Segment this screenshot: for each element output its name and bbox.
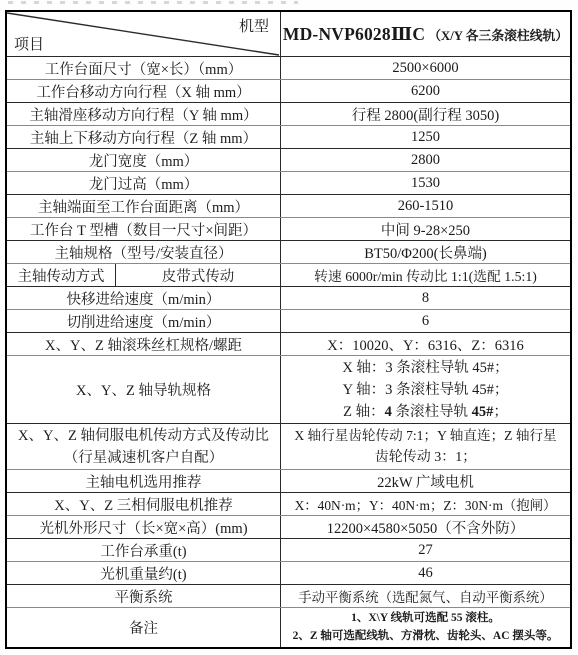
spec-row-cutting-feed: 切削进给速度（m/min） 6: [7, 309, 570, 332]
spec-label: 主轴端面至工作台面距离（mm）: [7, 195, 281, 217]
spec-row-table-load: 工作台承重(t) 27: [7, 538, 570, 561]
spec-value: X：40N·m；Y：40N·m；Z：30N·m（抱闸）: [281, 493, 570, 515]
spec-value: 22kW 广域电机: [281, 470, 570, 492]
spec-row-t-slots: 工作台 T 型槽（数目一尺寸×间距） 中间 9-28×250: [7, 217, 570, 240]
header-corner-cell: 机型 项目: [7, 12, 281, 56]
rail-line-x: X 轴：3 条滚柱导轨 45#；: [342, 357, 508, 379]
spec-label: X、Y、Z 轴滚珠丝杠规格/螺距: [7, 333, 281, 355]
spec-sheet-page: 机型 项目 MD-NVP6028ⅢC （X/Y 各三条滚柱线轨） 工作台面尺寸（…: [0, 0, 578, 655]
cropped-text-artifact: [0, 0, 578, 8]
model-name: MD-NVP6028ⅢC: [283, 24, 425, 45]
spec-row-servo-drive: X、Y、Z 轴伺服电机传动方式及传动比 （行星减速机客户自配） X 轴行星齿轮传…: [7, 423, 570, 469]
spec-row-spindle-drive: 主轴传动方式 皮带式传动 转速 6000r/min 传动比 1:1(选配 1.5…: [7, 263, 570, 286]
spec-row-spindle-spec: 主轴规格（型号/安装直径） BT50/Φ200(长鼻端): [7, 240, 570, 263]
note-line-2: 2、Z 轴可选配线轨、方滑枕、齿轮头、AC 摆头等。: [293, 630, 559, 643]
spec-value: 12200×4580×5050（不含外防）: [281, 516, 570, 538]
spec-value: BT50/Φ200(长鼻端): [281, 241, 570, 263]
spec-row-machine-weight: 光机重量约(t) 46: [7, 561, 570, 584]
spec-label: 工作台面尺寸（宽×长）（mm）: [7, 57, 281, 79]
spec-label: 主轴规格（型号/安装直径）: [7, 241, 281, 263]
spec-row-table-size: 工作台面尺寸（宽×长）（mm） 2500×6000: [7, 56, 570, 79]
spec-value: 2500×6000: [281, 57, 570, 79]
header-model-label: 机型: [239, 15, 269, 36]
spec-label: 工作台移动方向行程（X 轴 mm）: [7, 80, 281, 102]
spec-label: 光机外形尺寸（长×宽×高）(mm): [7, 516, 281, 538]
spec-value: 行程 2800(副行程 3050): [281, 103, 570, 125]
spec-value: X 轴行星齿轮传动 7:1；Y 轴直连；Z 轴行星 齿轮传动 3：1；: [281, 424, 570, 469]
spec-label: X、Y、Z 轴导轨规格: [7, 356, 281, 423]
spec-row-ballscrew: X、Y、Z 轴滚珠丝杠规格/螺距 X：10020、Y：6316、Z：6316: [7, 332, 570, 355]
servo-value-line2: 齿轮传动 3：1；: [375, 447, 477, 469]
note-line-1: 1、X\Y 线轨可选配 55 滚柱。: [351, 612, 500, 625]
spec-label: X、Y、Z 轴伺服电机传动方式及传动比 （行星减速机客户自配）: [7, 424, 281, 469]
header-item-label: 项目: [14, 33, 44, 54]
spec-sublabel: 皮带式传动: [116, 264, 281, 286]
spec-row-balance-system: 平衡系统 手动平衡系统（选配氮气、自动平衡系统）: [7, 584, 570, 607]
spec-value: 1、X\Y 线轨可选配 55 滚柱。 2、Z 轴可选配线轨、方滑枕、齿轮头、AC…: [281, 608, 570, 647]
spec-label: 主轴滑座移动方向行程（Y 轴 mm）: [7, 103, 281, 125]
spec-row-spindle-motor: 主轴电机选用推荐 22kW 广域电机: [7, 469, 570, 492]
spec-value: 6: [281, 310, 570, 332]
model-suffix: （X/Y 各三条滚柱线轨）: [428, 25, 568, 44]
spec-label: 快移进给速度（m/min）: [7, 287, 281, 309]
spec-row-rapid-feed: 快移进给速度（m/min） 8: [7, 286, 570, 309]
spec-label: 主轴上下移动方向行程（Z 轴 mm）: [7, 126, 281, 148]
spec-value: X 轴：3 条滚柱导轨 45#； Y 轴：3 条滚柱导轨 45#； Z 轴：4 …: [281, 356, 570, 423]
spec-value: 2800: [281, 149, 570, 171]
spec-row-spindle-to-table: 主轴端面至工作台面距离（mm） 260-1510: [7, 194, 570, 217]
spec-label: X、Y、Z 三相伺服电机推荐: [7, 493, 281, 515]
servo-value-line1: X 轴行星齿轮传动 7:1；Y 轴直连；Z 轴行星: [294, 425, 556, 447]
spec-value: 260-1510: [281, 195, 570, 217]
spec-value: 8: [281, 287, 570, 309]
spec-value: 1250: [281, 126, 570, 148]
spec-value: 中间 9-28×250: [281, 218, 570, 240]
spec-row-notes: 备注 1、X\Y 线轨可选配 55 滚柱。 2、Z 轴可选配线轨、方滑枕、齿轮头…: [7, 607, 570, 647]
spec-label: 主轴电机选用推荐: [7, 470, 281, 492]
rail-line-z: Z 轴：4 条滚柱导轨 45#；: [343, 401, 508, 423]
spec-value: 手动平衡系统（选配氮气、自动平衡系统）: [281, 585, 570, 607]
spec-label: 工作台承重(t): [7, 539, 281, 561]
table-header-row: 机型 项目 MD-NVP6028ⅢC （X/Y 各三条滚柱线轨）: [7, 12, 570, 56]
spec-value: 1530: [281, 172, 570, 194]
spec-row-y-travel: 主轴滑座移动方向行程（Y 轴 mm） 行程 2800(副行程 3050): [7, 102, 570, 125]
servo-label-line2: （行星减速机客户自配）: [64, 447, 224, 469]
rail-line-y: Y 轴：3 条滚柱导轨 45#；: [343, 379, 509, 401]
servo-label-line1: X、Y、Z 轴伺服电机传动方式及传动比: [18, 425, 269, 447]
spec-row-x-travel: 工作台移动方向行程（X 轴 mm） 6200: [7, 79, 570, 102]
spec-row-servo-motors: X、Y、Z 三相伺服电机推荐 X：40N·m；Y：40N·m；Z：30N·m（抱…: [7, 492, 570, 515]
spec-row-machine-dimensions: 光机外形尺寸（长×宽×高）(mm) 12200×4580×5050（不含外防）: [7, 515, 570, 538]
spec-row-gantry-width: 龙门宽度（mm） 2800: [7, 148, 570, 171]
spec-label: 切削进给速度（m/min）: [7, 310, 281, 332]
spec-value: 6200: [281, 80, 570, 102]
spec-value: 46: [281, 562, 570, 584]
spec-value: 27: [281, 539, 570, 561]
spec-row-guide-rails: X、Y、Z 轴导轨规格 X 轴：3 条滚柱导轨 45#； Y 轴：3 条滚柱导轨…: [7, 355, 570, 423]
spec-value: 转速 6000r/min 传动比 1:1(选配 1.5:1): [281, 264, 570, 286]
spec-row-gantry-height: 龙门过高（mm） 1530: [7, 171, 570, 194]
spec-row-z-travel: 主轴上下移动方向行程（Z 轴 mm） 1250: [7, 125, 570, 148]
spec-label: 龙门宽度（mm）: [7, 149, 281, 171]
spec-label: 主轴传动方式: [7, 264, 116, 286]
spec-value: X：10020、Y：6316、Z：6316: [281, 333, 570, 355]
spec-label: 龙门过高（mm）: [7, 172, 281, 194]
spec-label: 工作台 T 型槽（数目一尺寸×间距）: [7, 218, 281, 240]
spec-label: 光机重量约(t): [7, 562, 281, 584]
machine-spec-table: 机型 项目 MD-NVP6028ⅢC （X/Y 各三条滚柱线轨） 工作台面尺寸（…: [5, 10, 572, 649]
model-header-cell: MD-NVP6028ⅢC （X/Y 各三条滚柱线轨）: [281, 12, 570, 56]
spec-label: 备注: [7, 608, 281, 647]
spec-label: 平衡系统: [7, 585, 281, 607]
